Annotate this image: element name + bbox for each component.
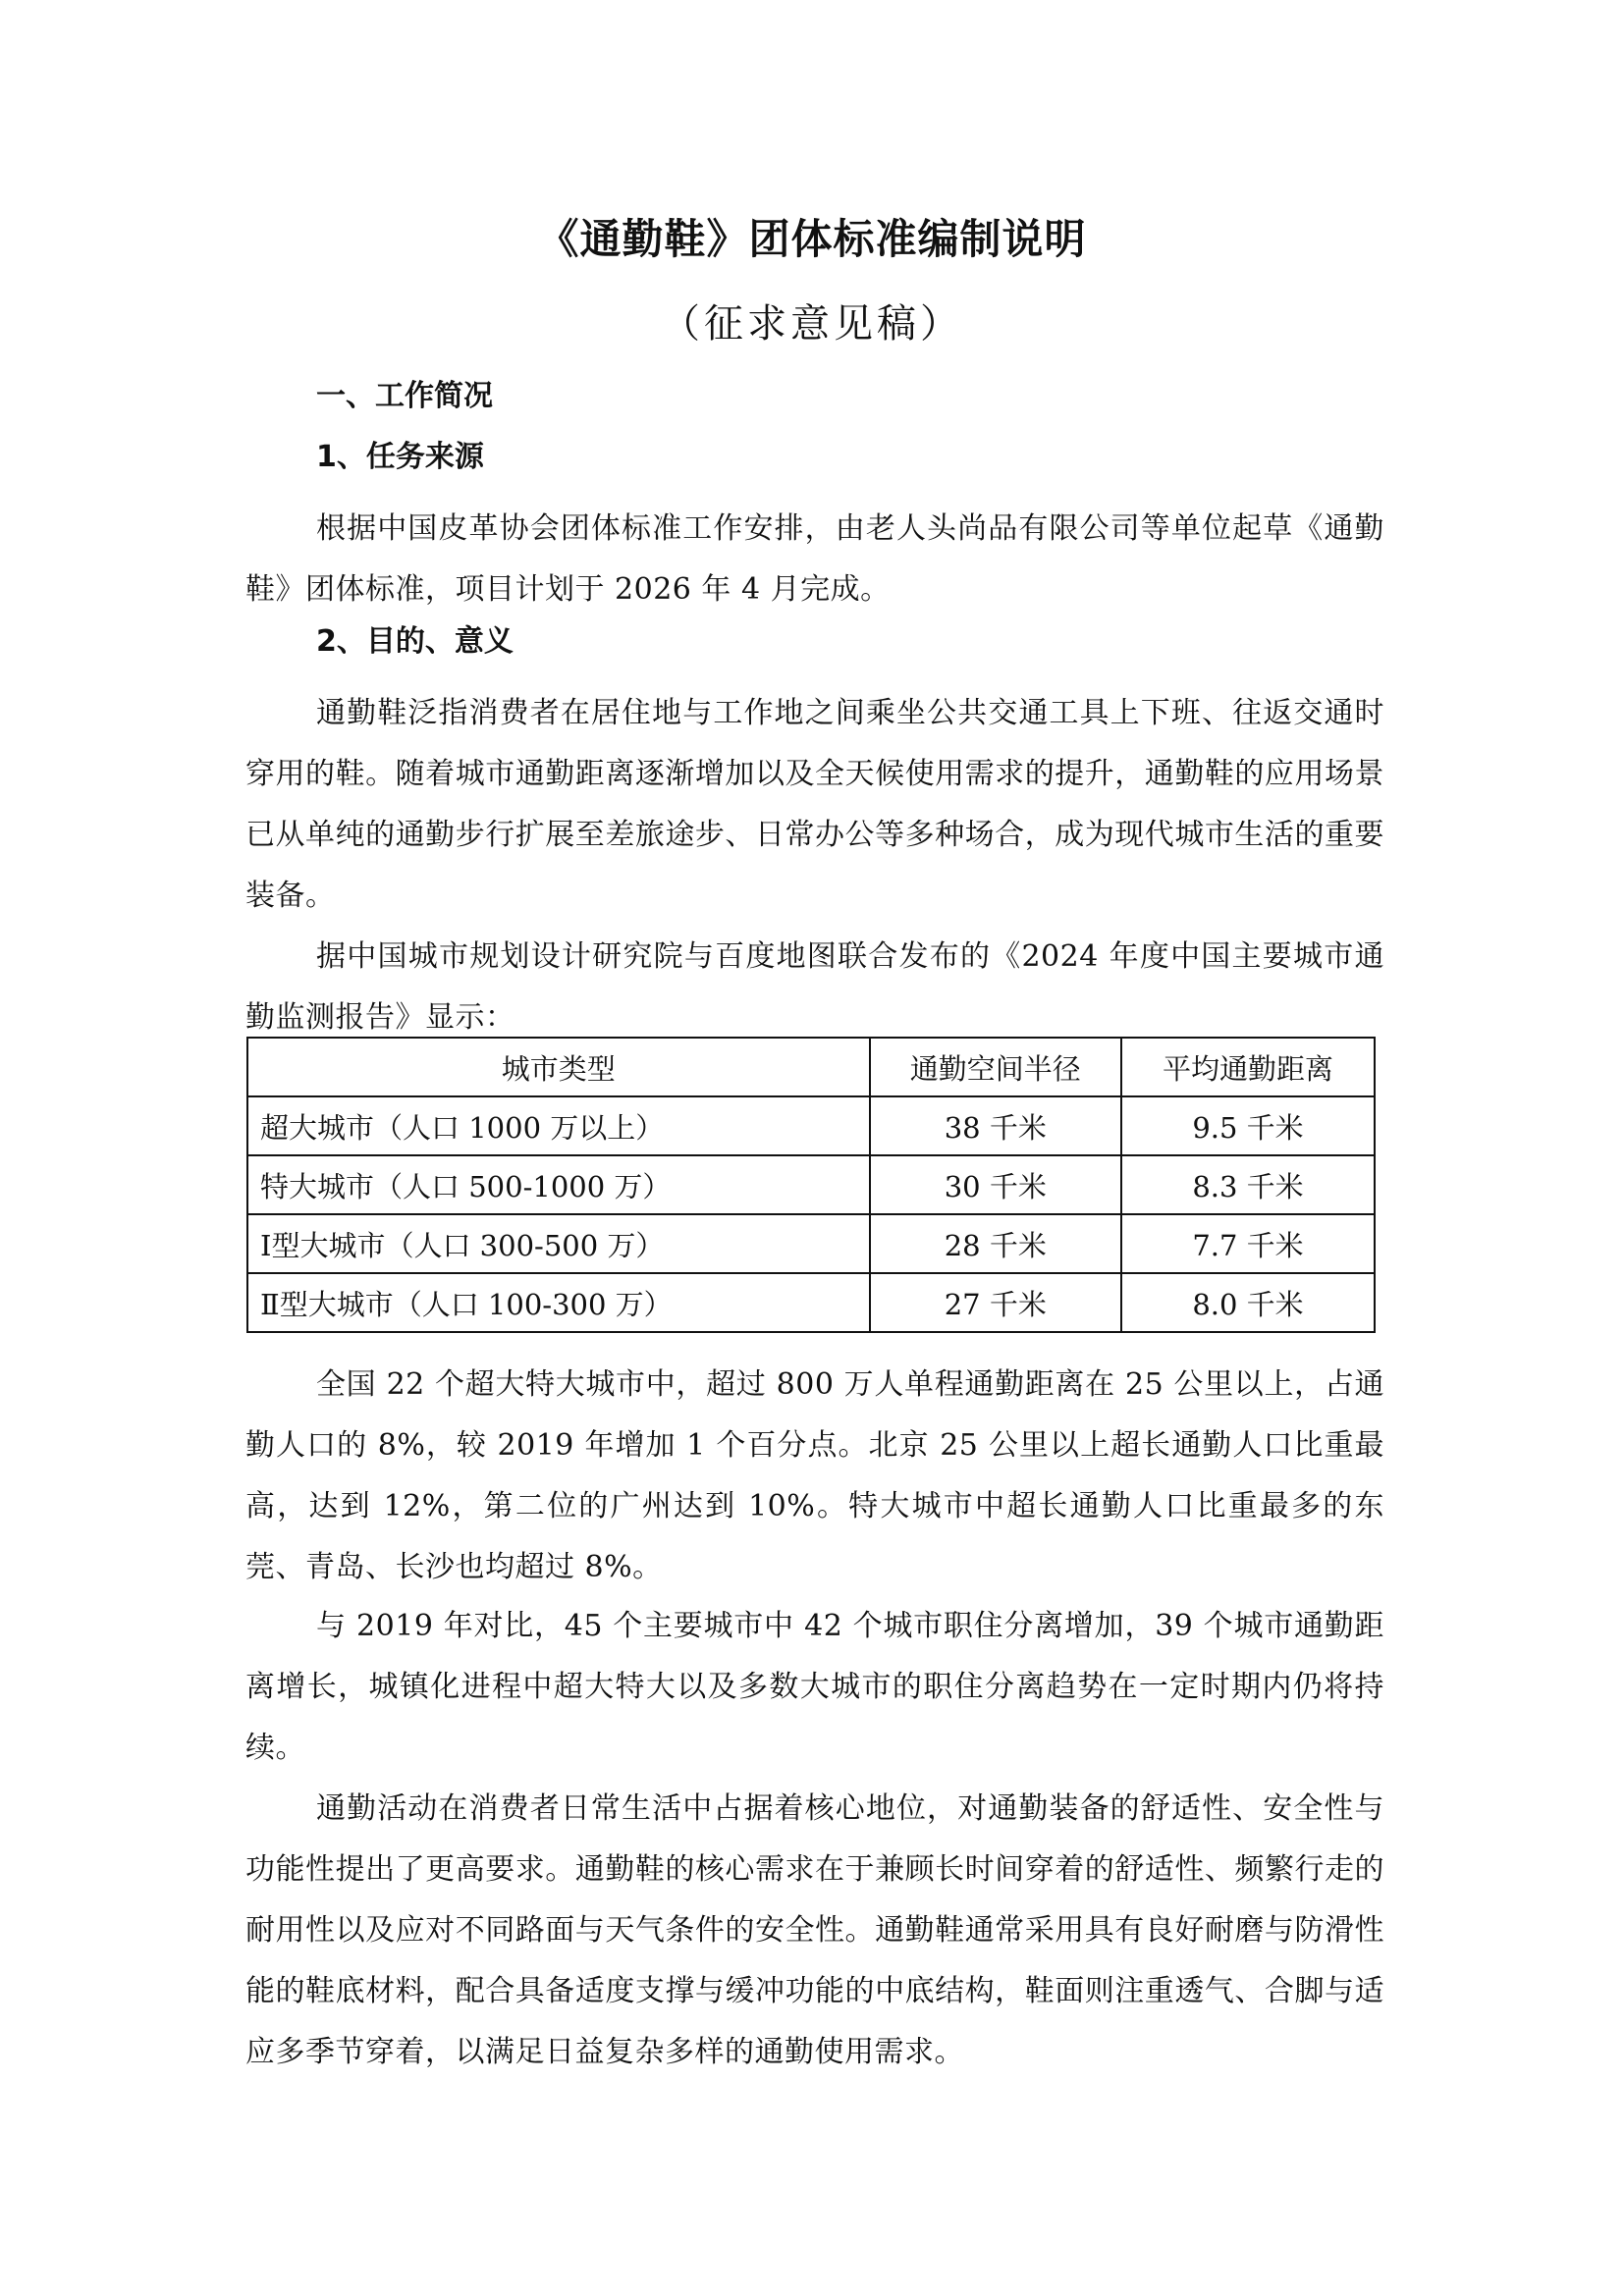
document-title: 《通勤鞋》团体标准编制说明 <box>0 210 1624 269</box>
table-header-row: 城市类型 通勤空间半径 平均通勤距离 <box>247 1038 1375 1096</box>
table-row: Ⅰ型大城市（人口 300-500 万） 28 千米 7.7 千米 <box>247 1214 1375 1273</box>
table-header-city-type: 城市类型 <box>247 1038 870 1096</box>
subsection-heading-purpose: 2、目的、意义 <box>316 620 514 664</box>
table-row: Ⅱ型大城市（人口 100-300 万） 27 千米 8.0 千米 <box>247 1273 1375 1332</box>
table-cell-city-type: Ⅰ型大城市（人口 300-500 万） <box>247 1214 870 1273</box>
table-cell-avg-distance: 8.3 千米 <box>1121 1155 1375 1214</box>
paragraph-long-commute-stats: 全国 22 个超大特大城市中，超过 800 万人单程通勤距离在 25 公里以上，… <box>245 1355 1384 1598</box>
paragraph-2019-comparison: 与 2019 年对比，45 个主要城市中 42 个城市职住分离增加，39 个城市… <box>245 1596 1384 1779</box>
table-cell-city-type: 特大城市（人口 500-1000 万） <box>247 1155 870 1214</box>
subsection-heading-task-source: 1、任务来源 <box>316 436 484 479</box>
table-cell-commute-radius: 27 千米 <box>870 1273 1121 1332</box>
paragraph-core-requirements: 通勤活动在消费者日常生活中占据着核心地位，对通勤装备的舒适性、安全性与功能性提出… <box>245 1779 1384 2083</box>
commute-data-table: 城市类型 通勤空间半径 平均通勤距离 超大城市（人口 1000 万以上） 38 … <box>246 1037 1376 1333</box>
table-cell-commute-radius: 30 千米 <box>870 1155 1121 1214</box>
document-page: 《通勤鞋》团体标准编制说明 （征求意见稿） 一、工作简况 1、任务来源 根据中国… <box>0 0 1624 2296</box>
paragraph-purpose-definition: 通勤鞋泛指消费者在居住地与工作地之间乘坐公共交通工具上下班、往返交通时穿用的鞋。… <box>245 683 1384 927</box>
table-cell-avg-distance: 8.0 千米 <box>1121 1273 1375 1332</box>
table-cell-commute-radius: 28 千米 <box>870 1214 1121 1273</box>
paragraph-task-source: 根据中国皮革协会团体标准工作安排，由老人头尚品有限公司等单位起草《通勤鞋》团体标… <box>245 499 1384 620</box>
table-header-avg-distance: 平均通勤距离 <box>1121 1038 1375 1096</box>
table-row: 特大城市（人口 500-1000 万） 30 千米 8.3 千米 <box>247 1155 1375 1214</box>
document-subtitle: （征求意见稿） <box>0 294 1624 353</box>
table-cell-commute-radius: 38 千米 <box>870 1096 1121 1155</box>
table-cell-avg-distance: 9.5 千米 <box>1121 1096 1375 1155</box>
table-header-commute-radius: 通勤空间半径 <box>870 1038 1121 1096</box>
paragraph-report-intro: 据中国城市规划设计研究院与百度地图联合发布的《2024 年度中国主要城市通勤监测… <box>245 927 1384 1048</box>
section-heading-work-overview: 一、工作简况 <box>316 375 493 418</box>
table-cell-city-type: 超大城市（人口 1000 万以上） <box>247 1096 870 1155</box>
table-cell-city-type: Ⅱ型大城市（人口 100-300 万） <box>247 1273 870 1332</box>
table-cell-avg-distance: 7.7 千米 <box>1121 1214 1375 1273</box>
table-row: 超大城市（人口 1000 万以上） 38 千米 9.5 千米 <box>247 1096 1375 1155</box>
